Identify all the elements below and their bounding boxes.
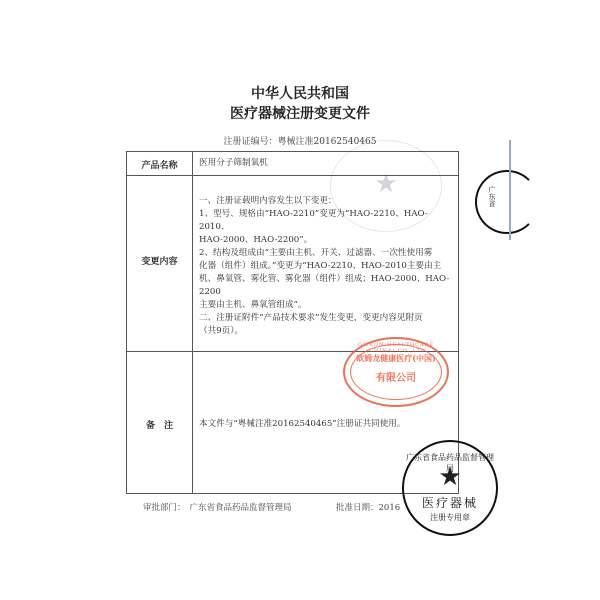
value-remarks: 本文件与“粤械注准20162540465”注册证共同使用。 xyxy=(199,418,454,431)
change-line: 机、鼻氧管、雾化管、雾化器（组件）组成；HAO-2000、HAO-2200 xyxy=(199,273,454,299)
column-divider xyxy=(192,152,193,493)
seal-company-name: 欧姆龙健康医疗(中国) xyxy=(345,353,447,364)
label-remarks: 备 注 xyxy=(127,418,192,431)
value-change-content: 一、注册证载明内容发生以下变更： 1、型号、规格由“HAO-2210”变更为“H… xyxy=(199,195,454,338)
page-edge-line xyxy=(509,140,511,240)
edge-seal-text: 广东省 xyxy=(487,186,497,207)
company-seal: OMRON HEALTHCARE (CHINA) CO.,LTD 欧姆龙健康医疗… xyxy=(343,337,449,407)
change-line: （共9页）。 xyxy=(199,325,454,338)
document-title-line2: 医疗器械注册变更文件 xyxy=(0,103,600,123)
approval-department-label: 审批部门： xyxy=(143,503,186,513)
value-product-name: 医用分子筛制氧机 xyxy=(199,157,454,170)
approval-department: 审批部门：广东省食品药品监督管理局 xyxy=(143,501,292,513)
change-line: 主要由主机、鼻氧管组成”。 xyxy=(199,299,454,312)
change-line: HAO-2000、HAO-2200”。 xyxy=(199,234,454,247)
approval-date: 批准日期：2016 xyxy=(336,501,400,513)
change-table: 产品名称 医用分子筛制氧机 变更内容 一、注册证载明内容发生以下变更： 1、型号… xyxy=(126,151,459,494)
approval-date-value: 2016 xyxy=(379,503,401,513)
approval-date-label: 批准日期： xyxy=(336,503,379,513)
label-change-content: 变更内容 xyxy=(127,254,192,267)
authority-seal: 广东省食品药品监督管理局 ★ 医疗器械 注册专用章 xyxy=(402,440,498,536)
label-product-name: 产品名称 xyxy=(127,158,192,171)
seal-company-suffix: 有限公司 xyxy=(345,369,447,384)
change-line: 化器（组件）组成。”变更为“HAO-2210、HAO-2010主要由主 xyxy=(199,260,454,273)
change-line: 2、结构及组成由“主要由主机、开关、过滤器、一次性使用雾 xyxy=(199,247,454,260)
seal-line2: 注册专用章 xyxy=(404,512,496,523)
row-divider xyxy=(127,175,458,176)
approval-department-value: 广东省食品药品监督管理局 xyxy=(190,503,292,513)
change-line: 二、注册证附件“产品技术要求”发生变更，变更内容见附页 xyxy=(199,312,454,325)
registration-number-value: 粤械注准20162540465 xyxy=(278,137,377,147)
star-icon: ★ xyxy=(404,462,496,492)
change-line: 1、型号、规格由“HAO-2210”变更为“HAO-2210、HAO-2010、 xyxy=(199,208,454,234)
seal-line1: 医疗器械 xyxy=(404,494,496,511)
change-line: 一、注册证载明内容发生以下变更： xyxy=(199,195,454,208)
document-title-line1: 中华人民共和国 xyxy=(0,83,600,103)
registration-number-label: 注册证编号： xyxy=(223,137,277,147)
edge-seal-fragment: 广东省 xyxy=(475,170,539,234)
